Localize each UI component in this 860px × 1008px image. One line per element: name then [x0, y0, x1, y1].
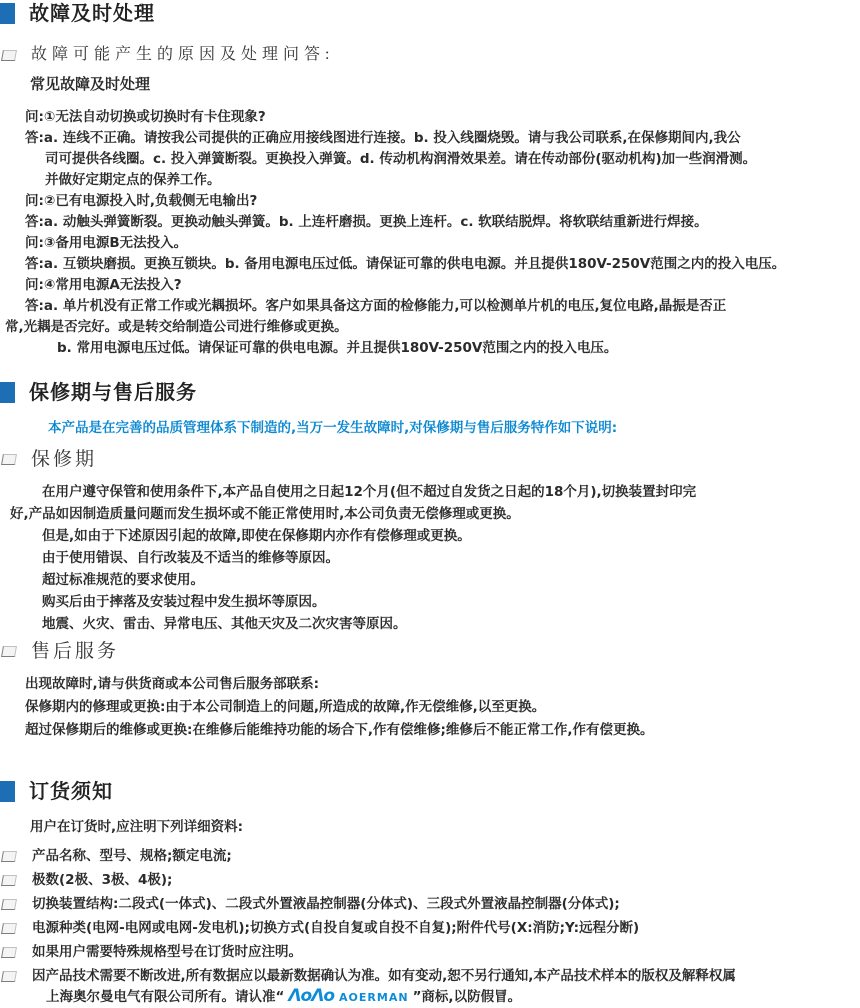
warranty-subheading-row: 保修期 — [0, 448, 860, 472]
qa-line: 答:a. 单片机没有正常工作或光耦损坏。客户如果具备这方面的检修能力,可以检测单… — [25, 296, 860, 317]
paragraph-line: 地震、火灾、雷击、异常电压、其他天灾及二次灾害等原因。 — [10, 613, 860, 635]
square-bullet-icon — [1, 899, 17, 910]
section-header-ordering-notes: 订货须知 — [0, 780, 860, 802]
blue-square-marker-icon — [0, 382, 15, 403]
square-bullet-icon — [1, 50, 17, 61]
section-header-fault-handling: 故障及时处理 — [0, 0, 860, 24]
footer-line-2-pre: 上海奥尔曼电气有限公司所有。请认准“ — [46, 987, 284, 1008]
blue-square-marker-icon — [0, 781, 15, 802]
square-bullet-icon — [1, 875, 17, 886]
qa-line: 并做好定期定点的保养工作。 — [25, 170, 860, 191]
document-page: 故障及时处理 故障可能产生的原因及处理问答: 常见故障及时处理 问:①无法自动切… — [0, 0, 860, 1008]
list-item-text: 如果用户需要特殊规格型号在订货时应注明。 — [32, 942, 302, 962]
list-item: 如果用户需要特殊规格型号在订货时应注明。 — [0, 942, 860, 962]
aoerman-logo-mark: ΛoΛo — [288, 988, 334, 1005]
list-item-text: 极数(2极、3极、4极); — [32, 870, 172, 890]
square-bullet-icon — [1, 971, 17, 982]
footer-text: 因产品技术需要不断改进,所有数据应以最新数据确认为准。如有变动,恕不另行通知,本… — [32, 966, 736, 1008]
aoerman-logo: ΛoΛo AOERMAN — [288, 987, 408, 1008]
list-item: 产品名称、型号、规格;额定电流; — [0, 846, 860, 866]
qa-line: b. 常用电源电压过低。请保证可靠的供电电源。并且提供180V-250V范围之内… — [25, 338, 860, 359]
section-title: 保修期与售后服务 — [29, 381, 197, 403]
list-item: 极数(2极、3极、4极); — [0, 870, 860, 890]
qa-line: 常,光耦是否完好。或是转交给制造公司进行维修或更换。 — [5, 317, 860, 338]
footer-line-2-post: ”商标,以防假冒。 — [413, 987, 522, 1008]
qa-block: 问:①无法自动切换或切换时有卡住现象? 答:a. 连线不正确。请按我公司提供的正… — [25, 107, 860, 359]
warranty-paragraph: 在用户遵守保管和使用条件下,本产品自使用之日起12个月(但不超过自发货之日起的1… — [10, 481, 860, 635]
section-title: 故障及时处理 — [29, 2, 155, 24]
paragraph-line: 超过标准规范的要求使用。 — [10, 569, 860, 591]
paragraph-line: 但是,如由于下述原因引起的故障,即使在保修期内亦作有偿修理或更换。 — [10, 525, 860, 547]
section-header-warranty-service: 保修期与售后服务 — [0, 381, 860, 403]
blue-square-marker-icon — [0, 3, 15, 24]
square-bullet-icon — [1, 646, 17, 657]
paragraph-line: 保修期内的修理或更换:由于本公司制造上的问题,所造成的故障,作无偿维修,以至更换… — [25, 696, 860, 719]
square-bullet-icon — [1, 947, 17, 958]
list-item-text: 产品名称、型号、规格;额定电流; — [32, 846, 232, 866]
paragraph-line: 在用户遵守保管和使用条件下,本产品自使用之日起12个月(但不超过自发货之日起的1… — [10, 481, 860, 503]
square-bullet-icon — [1, 851, 17, 862]
list-item-footer: 因产品技术需要不断改进,所有数据应以最新数据确认为准。如有变动,恕不另行通知,本… — [0, 966, 860, 1008]
footer-line-2: 上海奥尔曼电气有限公司所有。请认准“ ΛoΛo AOERMAN ”商标,以防假冒… — [32, 987, 736, 1008]
paragraph-line: 超过保修期后的维修或更换:在维修后能维持功能的场合下,作有偿维修;维修后不能正常… — [25, 719, 860, 742]
square-bullet-icon — [1, 923, 17, 934]
warranty-blue-note: 本产品是在完善的品质管理体系下制造的,当万一发生故障时,对保修期与售后服务特作如… — [48, 418, 860, 438]
service-paragraph: 出现故障时,请与供货商或本公司售后服务部联系: 保修期内的修理或更换:由于本公司… — [25, 673, 860, 742]
qa-line: 问:①无法自动切换或切换时有卡住现象? — [25, 107, 860, 128]
qa-line: 答:a. 互锁块磨损。更换互锁块。b. 备用电源电压过低。请保证可靠的供电电源。… — [25, 254, 860, 275]
order-item-list: 产品名称、型号、规格;额定电流; 极数(2极、3极、4极); 切换装置结构:二段… — [0, 846, 860, 1008]
list-item: 切换装置结构:二段式(一体式)、二段式外置液晶控制器(分体式)、三段式外置液晶控… — [0, 894, 860, 914]
paragraph-line: 由于使用错误、自行改装及不适当的维修等原因。 — [10, 547, 860, 569]
list-item-text: 电源种类(电网-电网或电网-发电机);切换方式(自投自复或自投不自复);附件代号… — [32, 918, 639, 938]
list-item: 电源种类(电网-电网或电网-发电机);切换方式(自投自复或自投不自复);附件代号… — [0, 918, 860, 938]
service-subheading-row: 售后服务 — [0, 640, 860, 664]
fault-intro-text: 故障可能产生的原因及处理问答: — [31, 44, 334, 66]
order-intro: 用户在订货时,应注明下列详细资料: — [30, 817, 860, 837]
service-subtitle: 售后服务 — [31, 640, 119, 664]
square-bullet-icon — [1, 454, 17, 465]
qa-line: 答:a. 连线不正确。请按我公司提供的正确应用接线图进行连接。b. 投入线圈烧毁… — [25, 128, 860, 149]
warranty-subtitle: 保修期 — [31, 448, 97, 472]
paragraph-line: 出现故障时,请与供货商或本公司售后服务部联系: — [25, 673, 860, 696]
qa-line: 司可提供各线圈。c. 投入弹簧断裂。更换投入弹簧。d. 传动机构润滑效果差。请在… — [25, 149, 860, 170]
paragraph-line: 购买后由于摔落及安装过程中发生损坏等原因。 — [10, 591, 860, 613]
qa-line: 答:a. 动触头弹簧断裂。更换动触头弹簧。b. 上连杆磨损。更换上连杆。c. 软… — [25, 212, 860, 233]
paragraph-line: 好,产品如因制造质量问题而发生损坏或不能正常使用时,本公司负责无偿修理或更换。 — [10, 503, 860, 525]
footer-line-1: 因产品技术需要不断改进,所有数据应以最新数据确认为准。如有变动,恕不另行通知,本… — [32, 966, 736, 987]
section-title: 订货须知 — [29, 780, 113, 802]
fault-intro-row: 故障可能产生的原因及处理问答: — [0, 44, 860, 66]
list-item-text: 切换装置结构:二段式(一体式)、二段式外置液晶控制器(分体式)、三段式外置液晶控… — [32, 894, 620, 914]
qa-line: 问:④常用电源A无法投入? — [25, 275, 860, 296]
qa-line: 问:③备用电源B无法投入。 — [25, 233, 860, 254]
fault-subtitle: 常见故障及时处理 — [30, 74, 860, 94]
qa-line: 问:②已有电源投入时,负载侧无电输出? — [25, 191, 860, 212]
aoerman-logo-name: AOERMAN — [339, 987, 409, 1008]
